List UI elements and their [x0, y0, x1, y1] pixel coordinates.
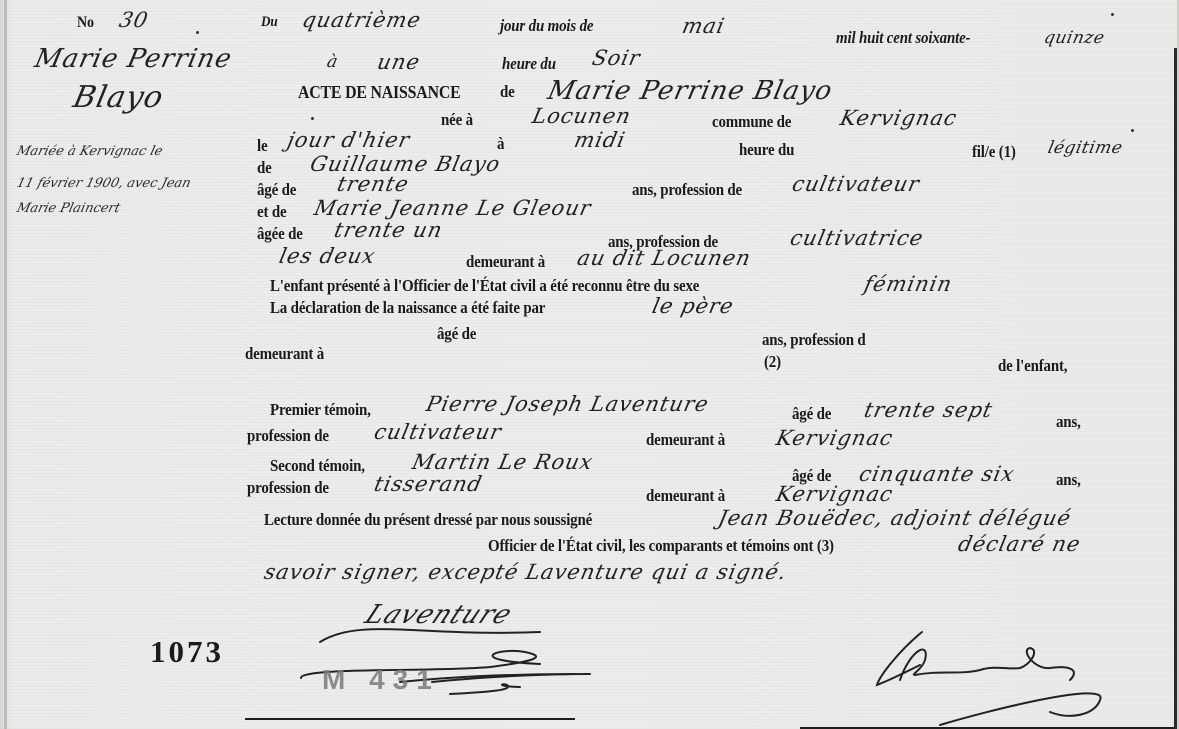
signature-statement-1: déclaré ne: [956, 532, 1083, 556]
witness2-profession-label: profession de: [247, 478, 329, 498]
declaration-sentence: La déclaration de la naissance a été fai…: [270, 298, 545, 318]
fils-label: fil/e (1): [972, 142, 1016, 162]
bottom-rule-left: [245, 718, 575, 720]
witness2-profession: tisserand: [372, 472, 485, 496]
month-value: mai: [680, 14, 727, 38]
period-value: Soir: [590, 46, 643, 70]
a-label: à: [325, 52, 340, 72]
witness2-label: Second témoin,: [270, 456, 365, 476]
witness1-residence-label: demeurant à: [646, 430, 725, 450]
declarant-profession-label: ans, profession d: [762, 330, 866, 350]
witness2-name: Martin Le Roux: [410, 450, 595, 474]
witness1-residence: Kervignac: [774, 426, 896, 450]
declarant-age-label: âgé de: [437, 324, 476, 344]
witness1-profession-label: profession de: [247, 426, 329, 446]
margin-child-name-line2: Blayo: [70, 80, 167, 115]
mother-name: Marie Jeanne Le Gleour: [312, 196, 594, 220]
sex-value: féminin: [862, 272, 955, 296]
demeurant-label: demeurant à: [466, 252, 545, 272]
mother-profession: cultivatrice: [788, 226, 926, 250]
le-label: le: [257, 136, 267, 156]
year-label: mil huit cent soixante-: [836, 28, 970, 48]
witness1-label: Premier témoin,: [270, 400, 371, 420]
mother-age: trente un: [332, 218, 445, 242]
officer-sentence: Officier de l'État civil, les comparants…: [488, 536, 834, 556]
witness1-name: Pierre Joseph Laventure: [424, 392, 711, 416]
du-label: Du: [261, 14, 278, 31]
sex-sentence: L'enfant présenté à l'Officier de l'État…: [270, 276, 699, 296]
margin-annotation-line3: Marie Plaincert: [15, 201, 122, 216]
acte-de-label: de: [500, 82, 515, 102]
heure-du-label-2: heure du: [739, 140, 794, 160]
father-age: trente: [335, 172, 411, 196]
signature-statement-2: savoir signer, excepté Laventure qui a s…: [262, 560, 789, 584]
child-name: Marie Perrine Blayo: [545, 76, 835, 106]
note-2: (2): [764, 352, 781, 372]
archive-stamp: M 431: [322, 664, 440, 696]
jour-du-mois-label: jour du mois de: [500, 16, 593, 36]
ink-speck: [196, 31, 199, 34]
witness1-age-label: âgé de: [792, 404, 831, 424]
heure-du-label: heure du: [502, 54, 556, 74]
register-number: 1073: [150, 634, 224, 670]
witness2-ans-label: ans,: [1056, 470, 1081, 490]
declarant: le père: [650, 294, 736, 318]
father-age-label: âgé de: [257, 180, 296, 200]
page-binding-edge: [4, 0, 7, 729]
entry-number: 30: [117, 8, 151, 32]
witness2-residence-label: demeurant à: [646, 486, 725, 506]
reading-sentence: Lecture donnée du présent dressé par nou…: [264, 510, 592, 530]
acte-title: ACTE DE NAISSANCE: [298, 82, 460, 103]
a-label-2: à: [497, 134, 504, 154]
witness1-age: trente sept: [862, 398, 995, 422]
de-label-2: de: [257, 158, 272, 178]
scanned-register-page: No 30 Marie Perrine Blayo Mariée à Kervi…: [0, 0, 1179, 729]
officer-name: Jean Bouëdec, adjoint délégué: [716, 506, 1074, 530]
hour-value: une: [375, 50, 423, 74]
birth-place: Locunen: [530, 104, 633, 128]
ink-speck: [311, 117, 314, 120]
ink-speck: [1131, 129, 1134, 132]
stamp-strike-flourish: [430, 660, 580, 700]
witness1-ans-label: ans,: [1056, 412, 1081, 432]
mother-age-label: âgée de: [257, 224, 303, 244]
margin-child-name-line1: Marie Perrine: [32, 44, 235, 74]
year-suffix: quinze: [1042, 28, 1106, 48]
residence: au dit Locunen: [575, 246, 753, 270]
et-de-label: et de: [257, 202, 286, 222]
margin-annotation-line1: Mariée à Kervignac le: [15, 144, 164, 159]
nee-a-label: née à: [441, 110, 473, 130]
residence-prefix: les deux: [277, 244, 378, 268]
father-profession: cultivateur: [790, 172, 922, 196]
de-lenfant: de l'enfant,: [998, 356, 1067, 376]
legitimacy: légitime: [1046, 138, 1125, 158]
entry-number-label: No: [77, 14, 94, 32]
declarant-residence-label: demeurant à: [245, 344, 324, 364]
commune-label: commune de: [712, 112, 791, 132]
witness2-residence: Kervignac: [774, 482, 896, 506]
commune-value: Kervignac: [838, 106, 960, 130]
day-value: quatrième: [300, 8, 424, 32]
ink-speck: [1111, 13, 1114, 16]
birth-day: jour d'hier: [285, 128, 412, 152]
father-profession-label: ans, profession de: [632, 180, 742, 200]
margin-annotation-line2: 11 février 1900, avec Jean: [15, 176, 192, 191]
birth-hour: midi: [572, 128, 628, 152]
witness1-profession: cultivateur: [372, 420, 504, 444]
